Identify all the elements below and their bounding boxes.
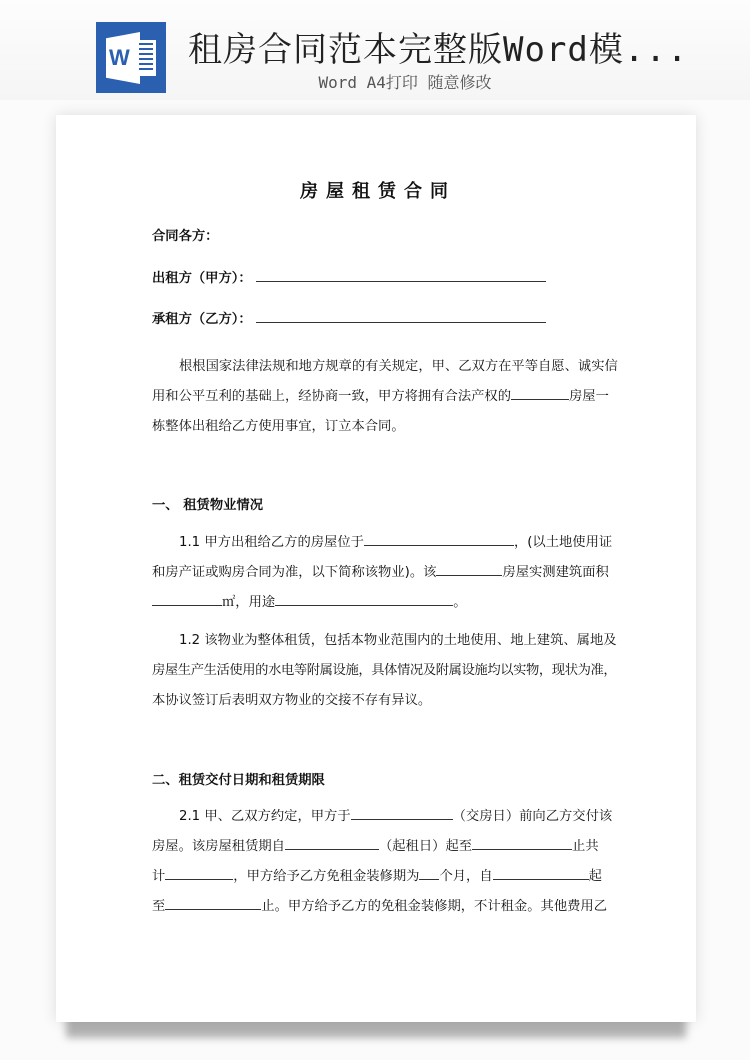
usage-blank[interactable]	[275, 593, 453, 606]
intro-line: 栋整体出租给乙方使用事宜，订立本合同。	[152, 412, 604, 442]
intro-line: 用和公平互利的基础上，经协商一致，甲方将拥有合法产权的房屋一	[152, 382, 604, 412]
lessor-line: 出租方（甲方）：	[152, 267, 546, 286]
clause-text: 1.1 甲方出租给乙方的房屋位于	[179, 535, 364, 550]
lessee-blank[interactable]	[256, 310, 546, 323]
clause-line: 房屋。该房屋租赁期自（起租日）起至止共	[152, 832, 604, 862]
clause-1-1: 1.1 甲方出租给乙方的房屋位于，(以土地使用证 和房产证或购房合同为准，以下简…	[152, 528, 604, 618]
clause-line: 计，甲方给予乙方免租金装修期为个月，自起	[152, 862, 604, 892]
clause-text: （交房日）前向乙方交付该	[453, 809, 613, 824]
clause-line: 和房产证或购房合同为准，以下简称该物业)。该房屋实测建筑面积	[152, 558, 604, 588]
header-title: 租房合同范本完整版Word模...	[188, 22, 688, 71]
months-blank[interactable]	[419, 867, 439, 880]
clause-line: 至止。甲方给予乙方的免租金装修期，不计租金。其他费用乙	[152, 892, 604, 922]
clause-line: 1.2 该物业为整体租赁，包括本物业范围内的土地使用、地上建筑、属地及	[152, 626, 604, 656]
clause-line: 房屋生产生活使用的水电等附属设施，具体情况及附属设施均以实物，现状为准，	[152, 656, 604, 686]
handover-date-blank[interactable]	[351, 807, 453, 820]
clause-line: 1.1 甲方出租给乙方的房屋位于，(以土地使用证	[152, 528, 604, 558]
free-start-blank[interactable]	[493, 867, 589, 880]
lessee-line: 承租方（乙方）：	[152, 308, 546, 327]
free-end-blank[interactable]	[165, 897, 261, 910]
clause-text: 房屋实测建筑面积	[502, 565, 608, 580]
clause-text: 计	[152, 869, 165, 884]
section1-heading: 一、 租赁物业情况	[152, 494, 263, 513]
section2-heading: 二、租赁交付日期和租赁期限	[152, 769, 325, 788]
lessor-label: 出租方（甲方）：	[152, 271, 252, 286]
clause-text: 至	[152, 899, 165, 914]
location-blank[interactable]	[364, 533, 514, 546]
lessor-blank[interactable]	[256, 269, 546, 282]
intro-text: 房屋一	[569, 389, 609, 404]
clause-line: ㎡，用途。	[152, 588, 604, 618]
clause-line: 2.1 甲、乙双方约定，甲方于（交房日）前向乙方交付该	[152, 802, 604, 832]
area-blank[interactable]	[152, 593, 222, 606]
clause-1-2: 1.2 该物业为整体租赁，包括本物业范围内的土地使用、地上建筑、属地及 房屋生产…	[152, 626, 604, 716]
property-blank[interactable]	[436, 563, 502, 576]
word-letter: W	[109, 45, 130, 71]
document-page: 房屋租赁合同 合同各方： 出租方（甲方）： 承租方（乙方）： 根根国家法律法规和…	[56, 115, 696, 1022]
clause-text: 个月，自	[439, 869, 492, 884]
clause-text: ，(以土地使用证	[514, 535, 612, 550]
clause-text: 房屋。该房屋租赁期自	[152, 839, 285, 854]
document-title: 房屋租赁合同	[152, 177, 604, 203]
intro-text: 用和公平互利的基础上，经协商一致，甲方将拥有合法产权的	[152, 389, 511, 404]
preview-header: W 租房合同范本完整版Word模... Word A4打印 随意修改	[0, 0, 750, 100]
clause-text: （起租日）起至	[379, 839, 472, 854]
header-subtitle: Word A4打印 随意修改	[0, 70, 750, 93]
clause-text: 起	[589, 869, 602, 884]
lessee-label: 承租方（乙方）：	[152, 312, 252, 327]
clause-text: ，甲方给予乙方免租金装修期为	[233, 869, 419, 884]
clause-2-1: 2.1 甲、乙双方约定，甲方于（交房日）前向乙方交付该 房屋。该房屋租赁期自（起…	[152, 802, 604, 922]
total-term-blank[interactable]	[165, 867, 233, 880]
intro-paragraph: 根根国家法律法规和地方规章的有关规定，甲、乙双方在平等自愿、诚实信 用和公平互利…	[152, 352, 604, 442]
intro-line: 根根国家法律法规和地方规章的有关规定，甲、乙双方在平等自愿、诚实信	[152, 352, 604, 382]
clause-text: 止。甲方给予乙方的免租金装修期，不计租金。其他费用乙	[261, 899, 607, 914]
start-date-blank[interactable]	[285, 837, 379, 850]
property-right-blank[interactable]	[511, 387, 569, 400]
clause-line: 本协议签订后表明双方物业的交接不存有异议。	[152, 686, 604, 716]
parties-label: 合同各方：	[152, 225, 218, 244]
clause-text: 和房产证或购房合同为准，以下简称该物业)。该	[152, 565, 436, 580]
end-date-blank[interactable]	[472, 837, 572, 850]
clause-text: 止共	[572, 839, 599, 854]
clause-text: 。	[453, 595, 466, 610]
clause-text: 2.1 甲、乙双方约定，甲方于	[179, 809, 351, 824]
clause-text: ㎡，用途	[222, 595, 275, 610]
